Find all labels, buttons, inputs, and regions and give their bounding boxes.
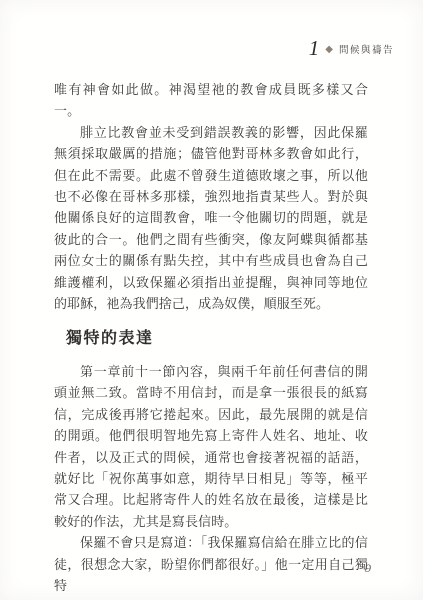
page-number: 9 [365, 561, 371, 576]
diamond-icon: ◆ [325, 45, 333, 55]
paragraph: 第一章前十一節內容，與兩千年前任何書信的開頭並無二致。當時不用信封，而是拿一張很… [54, 361, 368, 532]
page-body: 唯有神會如此做。神渴望祂的教會成員既多樣又合一。 腓立比教會並未受到錯誤教義的影… [54, 79, 368, 596]
paragraph-continuation: 唯有神會如此做。神渴望祂的教會成員既多樣又合一。 [54, 79, 368, 122]
running-head: 1 ◆ 問候與禱告 [309, 38, 394, 59]
chapter-number: 1 [309, 38, 320, 59]
section-heading: 獨特的表達 [66, 328, 368, 349]
paragraph: 保羅不會只是寫道：「我保羅寫信給在腓立比的信徒，很想念大家，盼望你們都很好。」他… [54, 532, 368, 596]
paragraph: 腓立比教會並未受到錯誤教義的影響，因此保羅無須採取嚴厲的措施；儘管他對哥林多教會… [54, 122, 368, 315]
chapter-title: 問候與禱告 [339, 42, 394, 56]
book-page: 1 ◆ 問候與禱告 唯有神會如此做。神渴望祂的教會成員既多樣又合一。 腓立比教會… [0, 0, 423, 600]
